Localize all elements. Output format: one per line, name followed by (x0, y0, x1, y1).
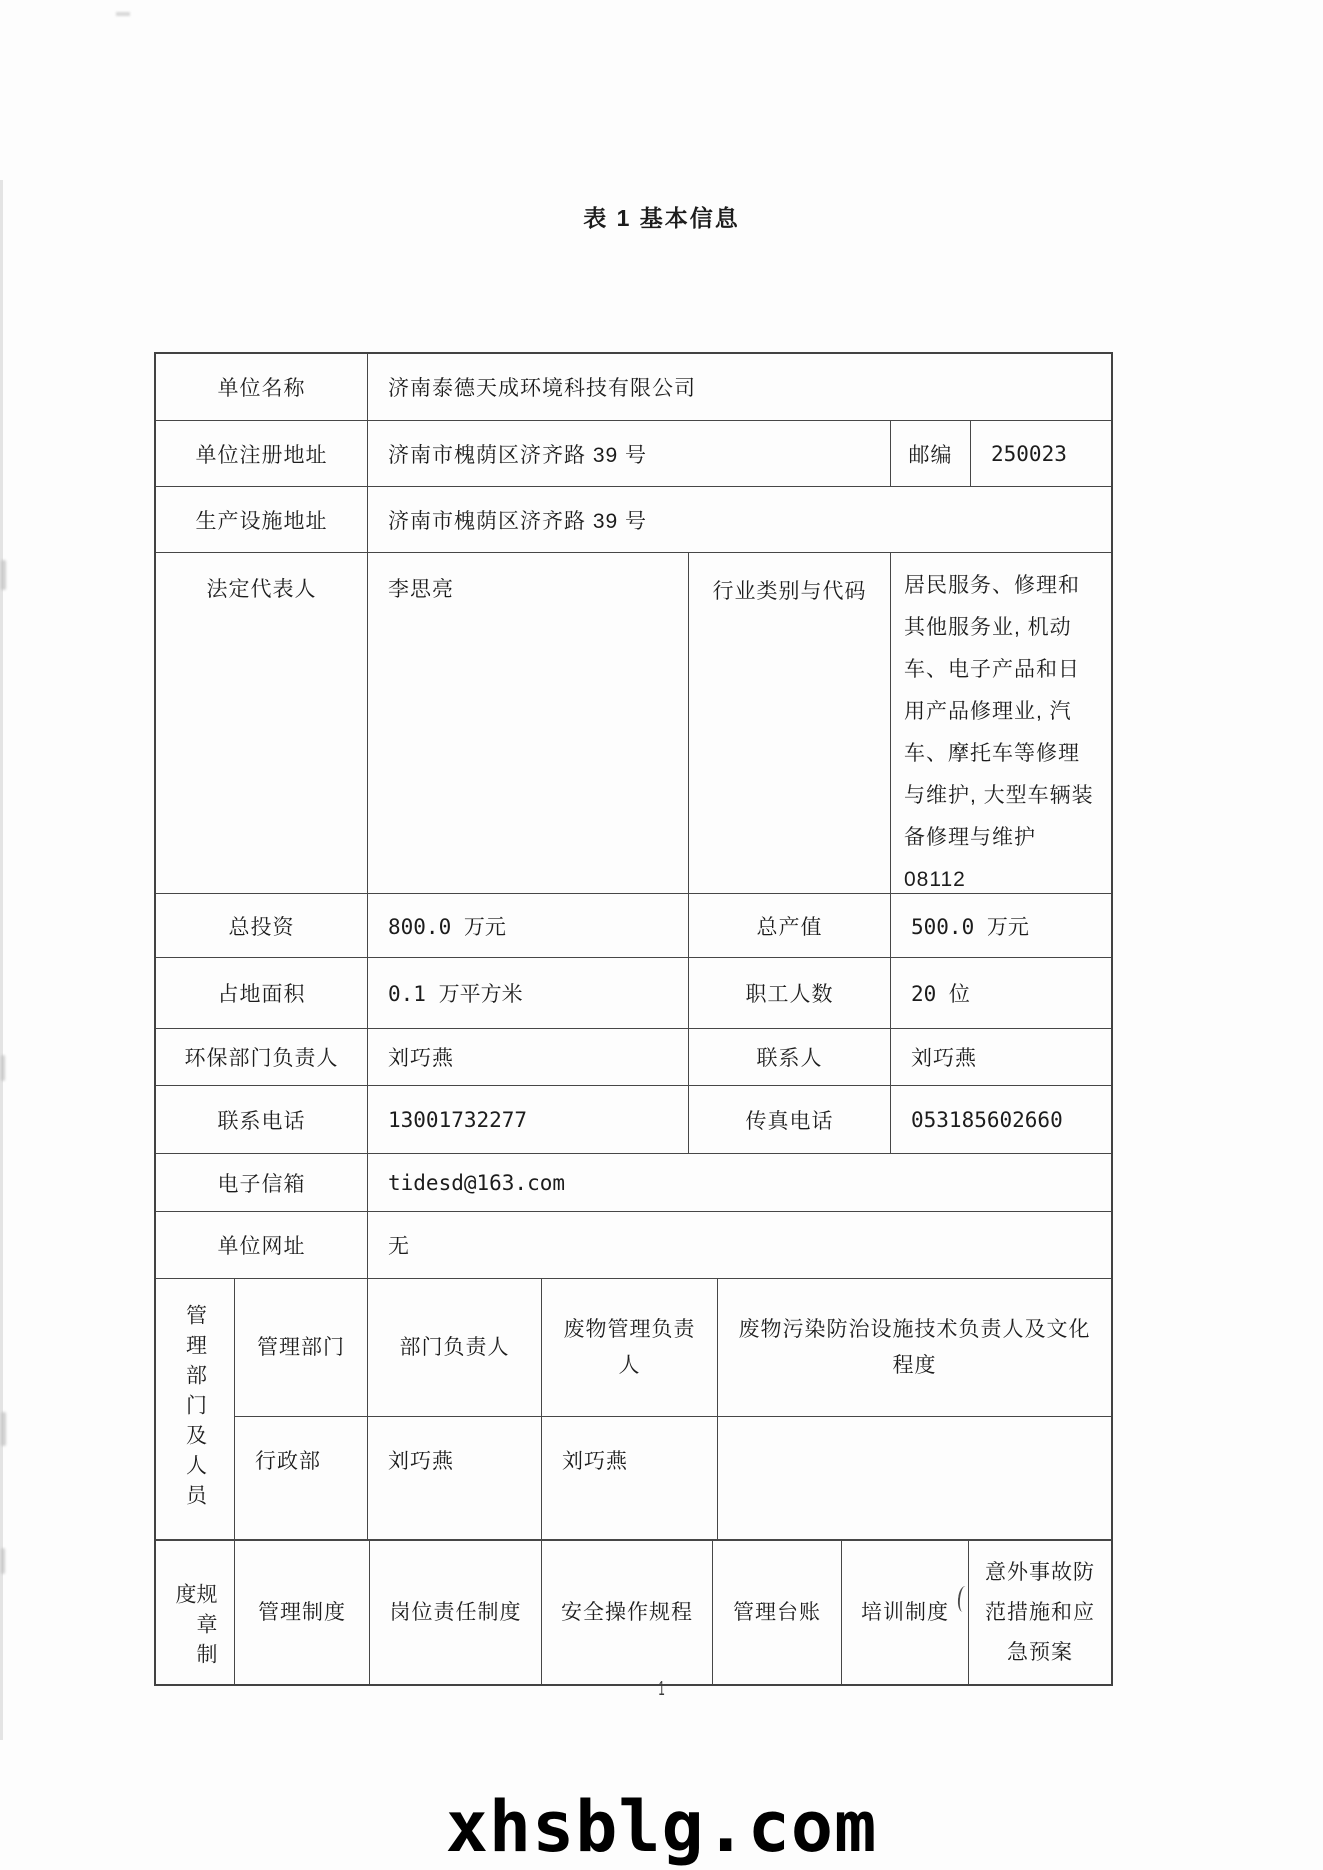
rules-body: 管理制度 岗位责任制度 安全操作规程 管理台账 培训制度 意外事故防范措施和应急… (235, 1541, 1111, 1684)
table-row-website: 单位网址 无 (156, 1211, 1111, 1278)
postal-code-value: 250023 (970, 421, 1111, 486)
rule-safe-operation: 安全操作规程 (541, 1541, 712, 1684)
area-value: 0.1 万平方米 (367, 958, 688, 1028)
total-investment-label: 总投资 (156, 894, 367, 957)
management-waste-head-value: 刘巧燕 (541, 1417, 717, 1539)
email-value: tidesd@163.com (367, 1154, 1111, 1211)
total-output-value: 500.0 万元 (890, 894, 1111, 957)
management-side-label: 管理部门及人员 (185, 1304, 206, 1514)
scan-smudge (1, 1548, 5, 1574)
area-label: 占地面积 (156, 958, 367, 1028)
registered-address-value: 济南市槐荫区济齐路 39 号 (367, 421, 890, 486)
management-dept-value: 行政部 (235, 1417, 367, 1539)
table-row-legal-rep: 法定代表人 李思亮 行业类别与代码 居民服务、修理和其他服务业, 机动车、电子产… (156, 552, 1111, 893)
fax-value: 053185602660 (890, 1086, 1111, 1153)
management-section: 管理部门及人员 管理部门 部门负责人 废物管理负责人 废物污染防治设施技术负责人… (156, 1278, 1111, 1539)
industry-value: 居民服务、修理和其他服务业, 机动车、电子产品和日用产品修理业, 汽车、摩托车等… (890, 553, 1111, 893)
registered-address-label: 单位注册地址 (156, 421, 367, 486)
table-row-investment: 总投资 800.0 万元 总产值 500.0 万元 (156, 893, 1111, 957)
management-body: 管理部门 部门负责人 废物管理负责人 废物污染防治设施技术负责人及文化程度 行政… (235, 1279, 1111, 1539)
scan-edge-artifact (0, 180, 3, 1740)
table-row-area: 占地面积 0.1 万平方米 职工人数 20 位 (156, 957, 1111, 1028)
watermark-text: xhsblg.com (0, 1786, 1323, 1868)
unit-name-value: 济南泰德天成环境科技有限公司 (367, 354, 1111, 420)
management-header-dept-head: 部门负责人 (367, 1279, 541, 1416)
table-row-email: 电子信箱 tidesd@163.com (156, 1153, 1111, 1211)
management-header-row: 管理部门 部门负责人 废物管理负责人 废物污染防治设施技术负责人及文化程度 (235, 1279, 1111, 1416)
phone-value: 13001732277 (367, 1086, 688, 1153)
page-title: 表 1 基本信息 (0, 200, 1323, 233)
postal-code-label: 邮编 (890, 421, 970, 486)
rule-post-responsibility: 岗位责任制度 (369, 1541, 541, 1684)
management-header-waste-head: 废物管理负责人 (541, 1279, 717, 1416)
env-officer-value: 刘巧燕 (367, 1029, 688, 1085)
rule-training: 培训制度 (841, 1541, 968, 1684)
fax-label: 传真电话 (688, 1086, 890, 1153)
email-label: 电子信箱 (156, 1154, 367, 1211)
table-row-facility-address: 生产设施地址 济南市槐荫区济齐路 39 号 (156, 486, 1111, 552)
total-investment-value: 800.0 万元 (367, 894, 688, 957)
rule-accident-prevention: 意外事故防范措施和应急预案 (968, 1541, 1111, 1684)
management-data-row: 行政部 刘巧燕 刘巧燕 (235, 1416, 1111, 1539)
page-number: 1 (298, 1678, 1026, 1701)
table-row-unit-name: 单位名称 济南泰德天成环境科技有限公司 (156, 354, 1111, 420)
website-label: 单位网址 (156, 1212, 367, 1278)
rule-management-system: 管理制度 (235, 1541, 369, 1684)
facility-address-label: 生产设施地址 (156, 487, 367, 552)
scan-smudge (1, 560, 6, 590)
facility-address-value: 济南市槐荫区济齐路 39 号 (367, 487, 1111, 552)
rules-row: 管理制度 岗位责任制度 安全操作规程 管理台账 培训制度 意外事故防范措施和应急… (235, 1541, 1111, 1684)
scan-smudge (1, 1412, 6, 1446)
contact-value: 刘巧燕 (890, 1029, 1111, 1085)
scan-speck (116, 12, 130, 16)
legal-rep-value: 李思亮 (367, 553, 688, 893)
rule-ledger: 管理台账 (712, 1541, 841, 1684)
basic-info-table: 单位名称 济南泰德天成环境科技有限公司 单位注册地址 济南市槐荫区济齐路 39 … (154, 352, 1113, 1686)
contact-label: 联系人 (688, 1029, 890, 1085)
staff-value: 20 位 (890, 958, 1111, 1028)
env-officer-label: 环保部门负责人 (156, 1029, 367, 1085)
website-value: 无 (367, 1212, 1111, 1278)
management-side-cell: 管理部门及人员 (156, 1279, 235, 1539)
rules-side-cell: 规章制度 (156, 1541, 235, 1684)
phone-label: 联系电话 (156, 1086, 367, 1153)
scan-smudge (1, 1055, 5, 1081)
staff-label: 职工人数 (688, 958, 890, 1028)
management-tech-head-value (717, 1417, 1111, 1539)
legal-rep-label: 法定代表人 (156, 553, 367, 893)
rules-side-label: 规章制度 (174, 1583, 216, 1684)
management-dept-head-value: 刘巧燕 (367, 1417, 541, 1539)
management-header-dept: 管理部门 (235, 1279, 367, 1416)
unit-name-label: 单位名称 (156, 354, 367, 420)
table-row-registered-address: 单位注册地址 济南市槐荫区济齐路 39 号 邮编 250023 (156, 420, 1111, 486)
management-header-tech-head: 废物污染防治设施技术负责人及文化程度 (717, 1279, 1111, 1416)
industry-label: 行业类别与代码 (688, 553, 890, 893)
document-page: 表 1 基本信息 单位名称 济南泰德天成环境科技有限公司 单位注册地址 济南市槐… (0, 0, 1323, 1870)
table-row-phone: 联系电话 13001732277 传真电话 053185602660 (156, 1085, 1111, 1153)
table-row-env-officer: 环保部门负责人 刘巧燕 联系人 刘巧燕 (156, 1028, 1111, 1085)
total-output-label: 总产值 (688, 894, 890, 957)
